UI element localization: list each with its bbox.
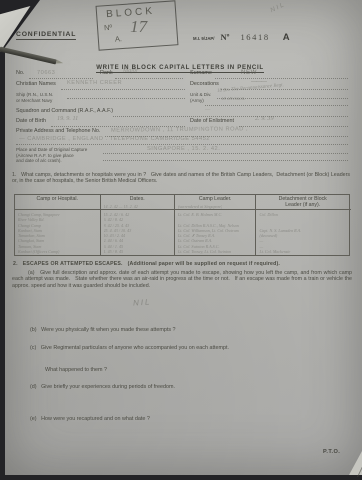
column-camp-leader: Camp Leader. (surrendered at Singapore) …	[175, 195, 256, 255]
ref-series: M.I. 9/JAP/	[193, 36, 215, 41]
instruction-text: WRITE IN BLOCK CAPITAL LETTERS IN PENCIL	[96, 64, 264, 73]
christian-names-value: KENNETH CREER	[67, 80, 122, 86]
ref-number: 16418	[240, 32, 269, 42]
dotted-line	[115, 78, 183, 79]
reference-number: M.I. 9/JAP/ Nº 16418 A	[193, 32, 290, 43]
header-pencil-note: (surrendered at Singapore)	[178, 204, 222, 209]
column-dates: Dates. 14. 2. 42 — 15. 2. 42 15. 2. 42 /…	[101, 195, 175, 255]
block-leader-entries: Col. Dillon Capt. N. S. Lumsden R.A. (de…	[259, 212, 347, 254]
ref-suffix: A	[283, 32, 290, 43]
surname-label: Surname	[190, 71, 212, 77]
rank-label: Rank	[100, 71, 113, 77]
column-block-leader: Detachment or Block Leader (if any). Col…	[256, 195, 349, 255]
dotted-line	[103, 160, 348, 161]
confidential-marking: CONFIDENTIAL	[16, 31, 76, 40]
question-2a: (a) Give full description and approx. da…	[12, 270, 352, 289]
document-page: CONFIDENTIAL BLOCK Nº A. 17 NIL M.I. 9/J…	[5, 0, 362, 475]
enlistment-label: Date of Enlistment	[190, 119, 234, 125]
dotted-line	[239, 126, 348, 127]
table-cell: Lt. Col. Toosey, Lt. Col. Swinton	[178, 249, 253, 254]
christian-names-label: Christian Names	[16, 82, 56, 88]
date-of-birth-label: Date of Birth	[16, 119, 46, 125]
surname-value: NEW	[241, 69, 257, 76]
squadron-value: —	[205, 107, 211, 113]
camps-table: Camp or Hospital. Changi Camp, Singapore…	[14, 194, 350, 256]
date-of-birth-value: 19. 9. 11	[57, 115, 78, 122]
dotted-line	[103, 153, 348, 154]
no-label: No.	[16, 71, 24, 77]
block-number-stamp: BLOCK Nº A. 17	[96, 0, 179, 50]
decorations-label: Decorations	[190, 82, 219, 88]
address-value-line2: — CAMBRIDGE , ENGLAND . TELEPHONE CAMBRI…	[19, 136, 210, 142]
question-2d: (d) Give briefly your experiences during…	[30, 384, 175, 390]
dotted-line	[205, 105, 348, 106]
please-turn-over: P.T.O.	[323, 449, 340, 455]
dotted-line	[29, 78, 93, 79]
pencil-object	[0, 47, 57, 64]
ref-no-label: Nº	[221, 32, 230, 42]
address-label: Private Address and Telephone No.	[16, 129, 100, 135]
question-1: 1. What camps, detachments or hospitals …	[12, 172, 350, 185]
dotted-line	[16, 144, 348, 145]
unit-div-value-2: 18 Division.	[221, 97, 245, 102]
enlistment-value: 2. 9. 39	[255, 115, 274, 122]
unit-div-label-2: (Army)	[190, 98, 204, 104]
no-value: 70663	[37, 70, 55, 76]
address-value-line1: MERROWDOWN , 11 TRUMPINGTON ROAD ,	[111, 126, 248, 133]
column-header: Camp Leader.	[175, 197, 255, 203]
question-2b: (b) Were you physically fit when you mad…	[30, 327, 176, 333]
table-cell: 1. 45 / 8. 45	[104, 249, 172, 254]
dotted-line	[61, 89, 185, 90]
column-header: Dates.	[101, 197, 174, 203]
dates-entries: 15. 2. 42 / 6. 42 6. 42 / 8. 42 8. 42 / …	[104, 212, 172, 254]
table-cell: Lt. Col. Mackenzie	[259, 249, 347, 254]
table-cell: Kanburi (Officers Camp)	[18, 249, 98, 254]
leader-entries: Lt. Col. E. B. Holmes M.C. Lt. Col. Dill…	[178, 212, 253, 254]
question-2e: (e) How were you recaptured and on what …	[30, 416, 150, 422]
dotted-line	[67, 98, 185, 99]
ship-label-2: or Merchant Navy	[16, 98, 52, 104]
stamp-prefix: A.	[115, 34, 123, 43]
question-2c: (c) Give Regimental particulars of anyon…	[30, 345, 229, 351]
stamp-handwritten-number: 17	[130, 17, 147, 37]
column-header-line2: Leader (if any).	[256, 203, 349, 209]
photographed-document: CONFIDENTIAL BLOCK Nº A. 17 NIL M.I. 9/J…	[0, 0, 362, 480]
dotted-line	[113, 116, 348, 117]
answer-nil: NIL	[133, 297, 152, 307]
column-camp-or-hospital: Camp or Hospital. Changi Camp, Singapore…	[15, 195, 101, 255]
rank-value: Major	[123, 67, 139, 75]
stamp-no-label: Nº	[104, 23, 113, 33]
column-header: Camp or Hospital.	[15, 197, 100, 203]
question-2c-followup: What happened to them ?	[45, 367, 107, 373]
camp-entries: Changi Camp, Singapore River Valley Rd. …	[18, 212, 98, 254]
capture-label-3: and date of a/c crash).	[16, 158, 62, 164]
section2-heading: 2. ESCAPES OR ATTEMPTED ESCAPES. (Additi…	[13, 261, 280, 267]
capture-value: SINGAPORE , 15. 2. 42.	[147, 146, 220, 152]
header-pencil-note: 14. 2. 42 — 15. 2. 42	[104, 204, 138, 209]
dotted-line	[215, 78, 348, 79]
pencil-note-nil: NIL	[269, 1, 287, 14]
